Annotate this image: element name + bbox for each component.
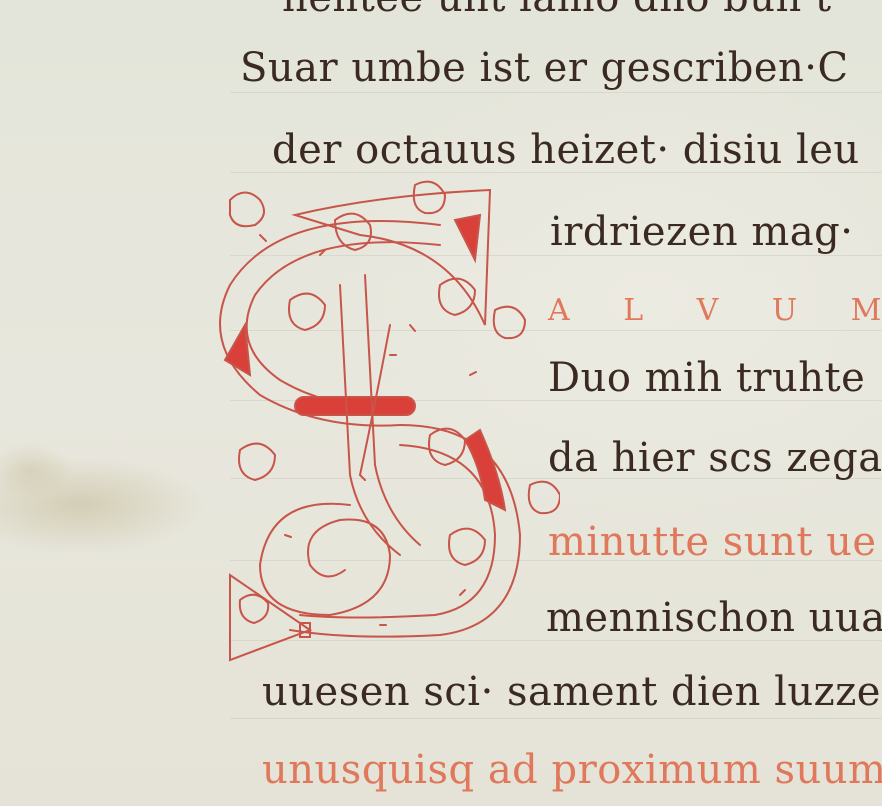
- text-line-10: uuesen sci· sament dien luzze: [262, 672, 881, 712]
- rubric-line-11: unusquisq ad proximum suum: [262, 750, 882, 790]
- text-line-9: mennischon uuar: [546, 598, 882, 638]
- rubric-line-8: minutte sunt ue: [548, 522, 877, 562]
- text-line-2: Suar umbe ist er gescriben·C: [240, 48, 849, 88]
- rubric-capitals: A L V U M M E: [548, 296, 882, 326]
- text-line-4: irdriezen mag·: [550, 212, 853, 252]
- text-line-3: der octauus heizet· disiu leu: [272, 130, 860, 170]
- text-line-6: Duo mih truhte: [548, 358, 865, 398]
- ruling-line: [230, 92, 882, 93]
- ruling-line: [230, 718, 882, 719]
- decorated-initial-s: [200, 175, 560, 665]
- text-line-7: da hier scs zega: [548, 438, 882, 478]
- text-line-1: hentee unt lamo dno bun t: [282, 0, 832, 18]
